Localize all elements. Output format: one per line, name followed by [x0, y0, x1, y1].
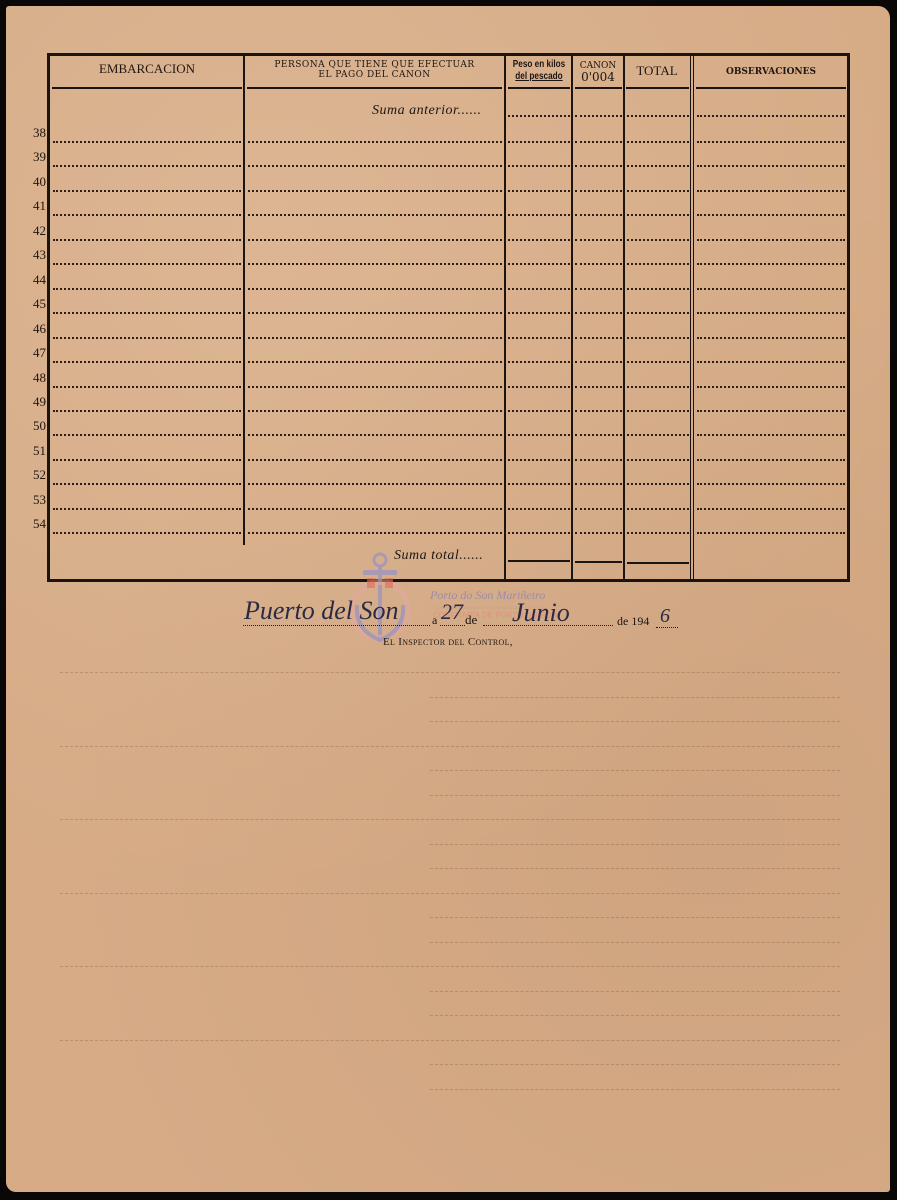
table-frame	[47, 53, 850, 582]
header-rule	[52, 87, 242, 89]
row-field-line[interactable]	[697, 361, 845, 363]
suma-anterior-label: Suma anterior......	[372, 103, 481, 119]
suma-anterior-peso-line	[508, 115, 570, 117]
row-field-line[interactable]	[508, 361, 570, 363]
header-rule	[696, 87, 846, 89]
row-field-line[interactable]	[508, 239, 570, 241]
row-field-line[interactable]	[248, 312, 502, 314]
row-field-line[interactable]	[697, 312, 845, 314]
row-field-line[interactable]	[697, 410, 845, 412]
row-field-line[interactable]	[575, 483, 622, 485]
row-field-line[interactable]	[53, 214, 241, 216]
header-total: TOTAL	[625, 64, 689, 79]
faint-line	[430, 1089, 840, 1090]
row-field-line[interactable]	[508, 263, 570, 265]
row-field-line[interactable]	[627, 214, 689, 216]
row-field-line[interactable]	[508, 434, 570, 436]
row-field-line[interactable]	[697, 386, 845, 388]
col-divider-total-a	[690, 55, 691, 580]
row-field-line[interactable]	[697, 459, 845, 461]
col-divider-persona	[504, 55, 506, 580]
row-field-line[interactable]	[627, 386, 689, 388]
row-field-line[interactable]	[248, 410, 502, 412]
row-field-line[interactable]	[627, 239, 689, 241]
row-field-line[interactable]	[575, 532, 622, 534]
row-field-line[interactable]	[248, 141, 502, 143]
row-field-line[interactable]	[627, 410, 689, 412]
header-embarcacion: EMBARCACION	[52, 62, 242, 77]
row-field-line[interactable]	[248, 288, 502, 290]
faint-line	[60, 893, 840, 894]
col-divider-peso	[571, 55, 573, 580]
row-field-line[interactable]	[508, 337, 570, 339]
row-field-line[interactable]	[508, 190, 570, 192]
row-field-line[interactable]	[248, 459, 502, 461]
row-field-line[interactable]	[248, 508, 502, 510]
row-field-line[interactable]	[508, 386, 570, 388]
row-number: 39	[22, 149, 46, 165]
row-field-line[interactable]	[575, 410, 622, 412]
row-field-line[interactable]	[53, 483, 241, 485]
row-field-line[interactable]	[248, 214, 502, 216]
row-field-line[interactable]	[697, 239, 845, 241]
suma-total-canon-line	[575, 561, 622, 563]
suma-total-total-line	[627, 562, 689, 564]
row-number: 48	[22, 370, 46, 386]
row-number: 51	[22, 443, 46, 459]
row-number: 50	[22, 418, 46, 434]
row-field-line[interactable]	[575, 508, 622, 510]
header-peso: Peso en kilos del pescado	[512, 59, 566, 82]
row-field-line[interactable]	[53, 337, 241, 339]
row-field-line[interactable]	[248, 190, 502, 192]
row-field-line[interactable]	[697, 263, 845, 265]
row-number: 44	[22, 272, 46, 288]
place-handwritten: Puerto del Son	[244, 596, 399, 626]
year-handwritten: 6	[660, 605, 670, 628]
row-field-line[interactable]	[627, 141, 689, 143]
row-field-line[interactable]	[697, 434, 845, 436]
row-field-line[interactable]	[575, 434, 622, 436]
row-field-line[interactable]	[248, 361, 502, 363]
col-divider-canon	[623, 55, 625, 580]
row-field-line[interactable]	[248, 434, 502, 436]
row-field-line[interactable]	[627, 532, 689, 534]
row-number: 38	[22, 125, 46, 141]
row-field-line[interactable]	[627, 190, 689, 192]
row-field-line[interactable]	[508, 532, 570, 534]
row-field-line[interactable]	[53, 263, 241, 265]
row-field-line[interactable]	[627, 459, 689, 461]
row-number: 46	[22, 321, 46, 337]
row-field-line[interactable]	[53, 361, 241, 363]
header-peso-line1: Peso en kilos	[512, 59, 566, 71]
faint-line	[60, 672, 840, 673]
row-field-line[interactable]	[575, 361, 622, 363]
a-label: a	[432, 613, 437, 628]
row-field-line[interactable]	[508, 312, 570, 314]
row-number: 47	[22, 345, 46, 361]
row-field-line[interactable]	[697, 483, 845, 485]
row-field-line[interactable]	[627, 288, 689, 290]
row-field-line[interactable]	[575, 190, 622, 192]
row-field-line[interactable]	[697, 508, 845, 510]
row-field-line[interactable]	[248, 386, 502, 388]
faint-line	[430, 795, 840, 796]
col-divider-total-b	[693, 55, 694, 580]
header-rule	[575, 87, 622, 89]
row-field-line[interactable]	[697, 337, 845, 339]
suma-anterior-total-line	[627, 115, 689, 117]
faint-line	[60, 1040, 840, 1041]
row-field-line[interactable]	[248, 165, 502, 167]
row-number: 43	[22, 247, 46, 263]
row-field-line[interactable]	[53, 288, 241, 290]
inspector-label: El Inspector del Control,	[383, 636, 513, 648]
row-number: 52	[22, 467, 46, 483]
row-field-line[interactable]	[697, 214, 845, 216]
header-observaciones: OBSERVACIONES	[696, 67, 846, 77]
month-handwritten: Junio	[512, 598, 570, 628]
row-field-line[interactable]	[575, 288, 622, 290]
row-field-line[interactable]	[575, 263, 622, 265]
row-field-line[interactable]	[53, 190, 241, 192]
row-field-line[interactable]	[575, 141, 622, 143]
header-persona-line1: PERSONA QUE TIENE QUE EFECTUAR	[247, 60, 502, 70]
row-field-line[interactable]	[697, 288, 845, 290]
row-field-line[interactable]	[508, 483, 570, 485]
row-field-line[interactable]	[575, 386, 622, 388]
row-field-line[interactable]	[575, 312, 622, 314]
year-prefix: de 194	[617, 614, 649, 629]
header-peso-line2: del pescado	[512, 71, 566, 83]
row-number: 54	[22, 516, 46, 532]
faint-line	[60, 746, 840, 747]
header-rule	[247, 87, 502, 89]
row-field-line[interactable]	[508, 288, 570, 290]
row-field-line[interactable]	[697, 190, 845, 192]
faint-line	[430, 868, 840, 869]
row-field-line[interactable]	[248, 337, 502, 339]
row-field-line[interactable]	[53, 508, 241, 510]
row-number: 53	[22, 492, 46, 508]
row-field-line[interactable]	[627, 337, 689, 339]
day-handwritten: 27	[441, 599, 463, 625]
row-field-line[interactable]	[508, 410, 570, 412]
row-field-line[interactable]	[697, 141, 845, 143]
header-rule	[626, 87, 689, 89]
faint-line	[430, 1064, 840, 1065]
header-persona: PERSONA QUE TIENE QUE EFECTUAR EL PAGO D…	[247, 60, 502, 81]
row-field-line[interactable]	[627, 361, 689, 363]
row-field-line[interactable]	[627, 165, 689, 167]
header-canon: CANON 0'004	[573, 61, 623, 85]
faint-line	[430, 770, 840, 771]
row-field-line[interactable]	[575, 239, 622, 241]
row-field-line[interactable]	[53, 312, 241, 314]
row-field-line[interactable]	[627, 508, 689, 510]
row-number: 45	[22, 296, 46, 312]
faint-line	[430, 991, 840, 992]
row-field-line[interactable]	[53, 141, 241, 143]
row-field-line[interactable]	[575, 337, 622, 339]
header-canon-line2: 0'004	[573, 71, 623, 85]
faint-line	[60, 966, 840, 967]
row-field-line[interactable]	[248, 483, 502, 485]
faint-line	[430, 1015, 840, 1016]
suma-anterior-obs-line	[697, 115, 845, 117]
row-field-line[interactable]	[53, 410, 241, 412]
row-field-line[interactable]	[508, 141, 570, 143]
faint-line	[430, 942, 840, 943]
row-field-line[interactable]	[697, 165, 845, 167]
faint-line	[430, 917, 840, 918]
row-field-line[interactable]	[53, 165, 241, 167]
row-number: 40	[22, 174, 46, 190]
row-field-line[interactable]	[627, 483, 689, 485]
row-field-line[interactable]	[53, 386, 241, 388]
row-field-line[interactable]	[508, 508, 570, 510]
row-number: 42	[22, 223, 46, 239]
row-field-line[interactable]	[53, 434, 241, 436]
suma-anterior-canon-line	[575, 115, 622, 117]
header-persona-line2: EL PAGO DEL CANON	[247, 70, 502, 80]
de-label: de	[465, 612, 477, 628]
row-number: 41	[22, 198, 46, 214]
row-field-line[interactable]	[508, 165, 570, 167]
header-rule	[508, 87, 570, 89]
row-field-line[interactable]	[627, 312, 689, 314]
row-field-line[interactable]	[248, 532, 502, 534]
row-field-line[interactable]	[575, 165, 622, 167]
row-field-line[interactable]	[627, 434, 689, 436]
faint-line	[430, 721, 840, 722]
row-field-line[interactable]	[627, 263, 689, 265]
row-field-line[interactable]	[248, 263, 502, 265]
row-number: 49	[22, 394, 46, 410]
faint-line	[60, 819, 840, 820]
col-divider-embarcacion	[243, 55, 245, 545]
row-field-line[interactable]	[248, 239, 502, 241]
row-field-line[interactable]	[53, 239, 241, 241]
row-field-line[interactable]	[508, 459, 570, 461]
row-field-line[interactable]	[575, 214, 622, 216]
faint-line	[430, 844, 840, 845]
faint-line	[430, 697, 840, 698]
row-field-line[interactable]	[53, 532, 241, 534]
day-line	[440, 625, 465, 626]
row-field-line[interactable]	[697, 532, 845, 534]
row-field-line[interactable]	[508, 214, 570, 216]
row-field-line[interactable]	[53, 459, 241, 461]
row-field-line[interactable]	[575, 459, 622, 461]
